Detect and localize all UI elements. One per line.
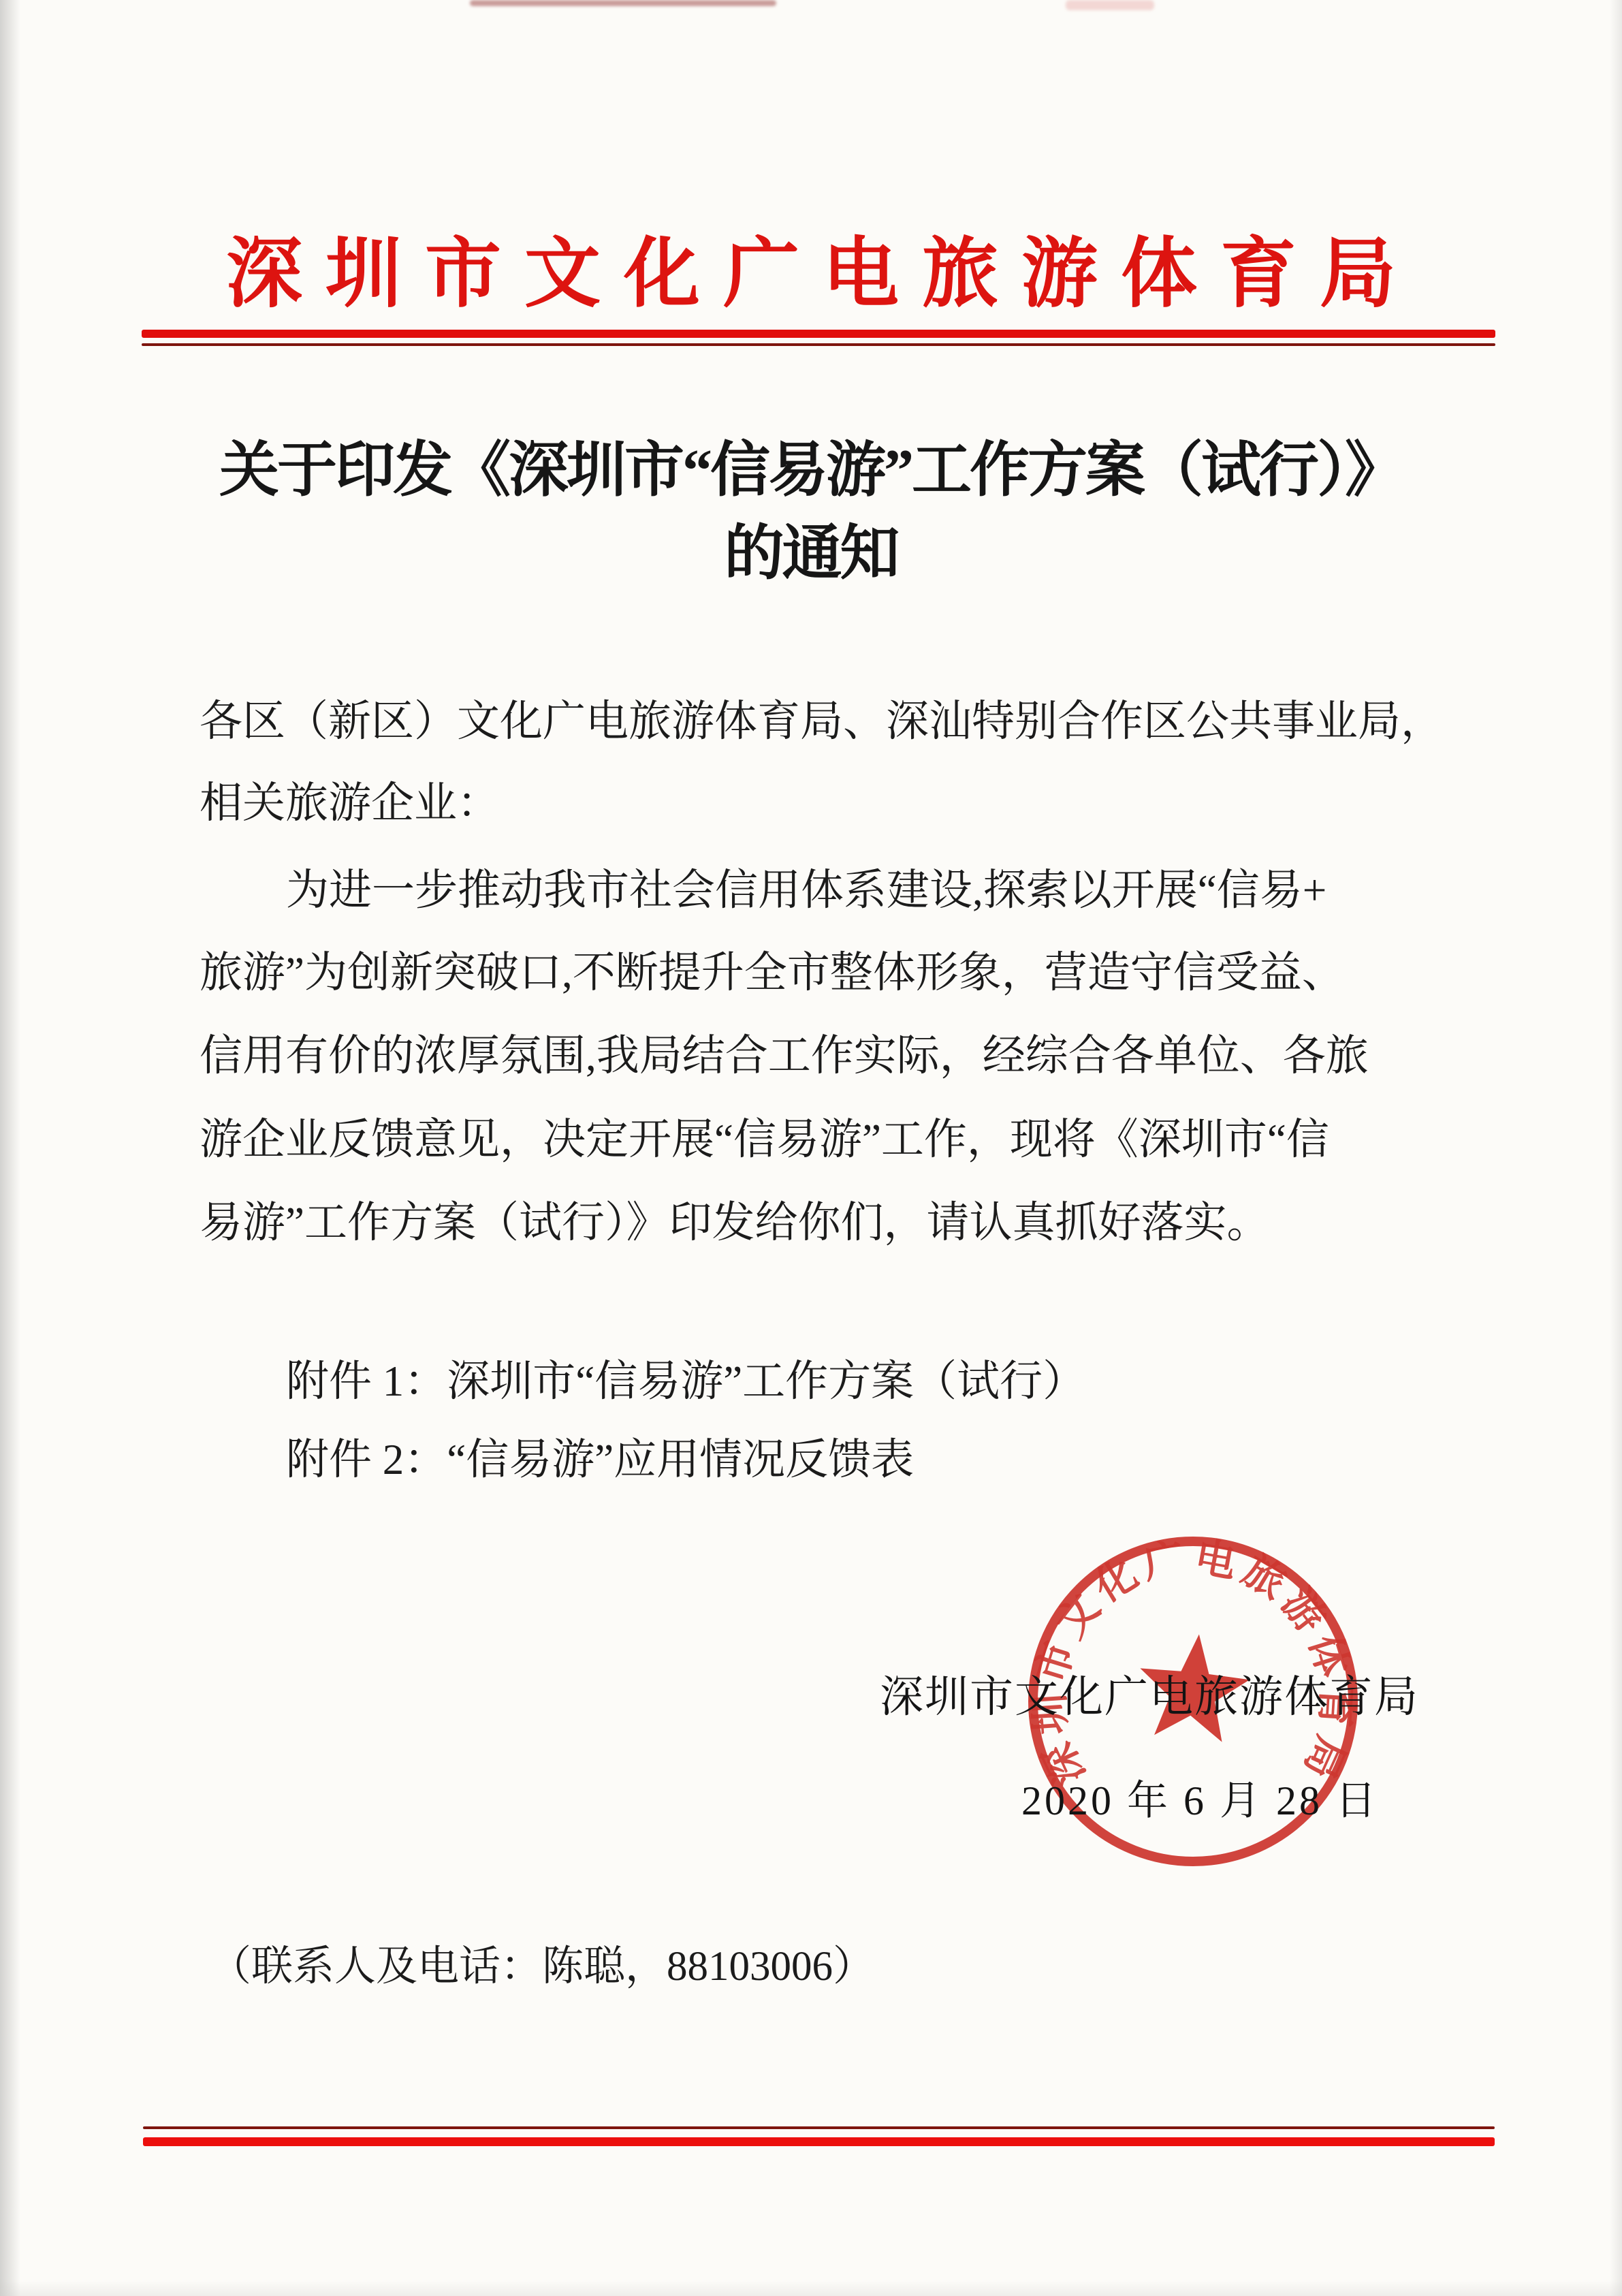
body-line: 易游”工作方案（试行）》印发给你们，请认真抓好落实。 (200, 1188, 1269, 1250)
salutation-line: 相关旅游企业： (200, 768, 500, 830)
signature-organization: 深圳市文化广电旅游体育局 (880, 1662, 1419, 1725)
scan-edge-shadow-left (0, 0, 20, 2296)
salutation-line: 各区（新区）文化广电旅游体育局、深汕特别合作区公共事业局， (200, 687, 1444, 749)
body-line: 为进一步推动我市社会信用体系建设,探索以开展“信易+ (200, 855, 1326, 917)
scan-edge-shadow-bottom (0, 2281, 1622, 2296)
attachment-item-1: 附件 1：深圳市“信易游”工作方案（试行） (200, 1347, 1085, 1409)
body-line: 游企业反馈意见，决定开展“信易游”工作，现将《深圳市“信 (200, 1105, 1329, 1167)
document-title-line1: 关于印发《深圳市“信易游”工作方案（试行）》 (0, 422, 1622, 508)
scan-artifact-top-left (470, 0, 776, 6)
body-line: 旅游”为创新突破口,不断提升全市整体形象，营造守信受益、 (200, 938, 1345, 1000)
body-line: 信用有价的浓厚氛围,我局结合工作实际，经综合各单位、各旅 (200, 1021, 1369, 1083)
official-document-page: 深圳市文化广电旅游体育局 关于印发《深圳市“信易游”工作方案（试行）》 的通知 … (0, 0, 1622, 2296)
agency-header-title: 深圳市文化广电旅游体育局 (0, 213, 1622, 322)
header-rule-thin (142, 343, 1495, 346)
attachment-item-2: 附件 2：“信易游”应用情况反馈表 (200, 1425, 914, 1487)
header-rule-thick (142, 330, 1495, 338)
scan-artifact-top-right (1066, 0, 1154, 10)
scan-edge-shadow-right (1610, 0, 1622, 2296)
footer-rule-thin (143, 2126, 1495, 2129)
signature-date: 2020 年 6 月 28 日 (1021, 1768, 1379, 1827)
contact-line: （联系人及电话：陈聪，88103006） (210, 1933, 874, 1992)
footer-rule-thick (143, 2137, 1495, 2146)
document-title-line2: 的通知 (0, 505, 1622, 591)
